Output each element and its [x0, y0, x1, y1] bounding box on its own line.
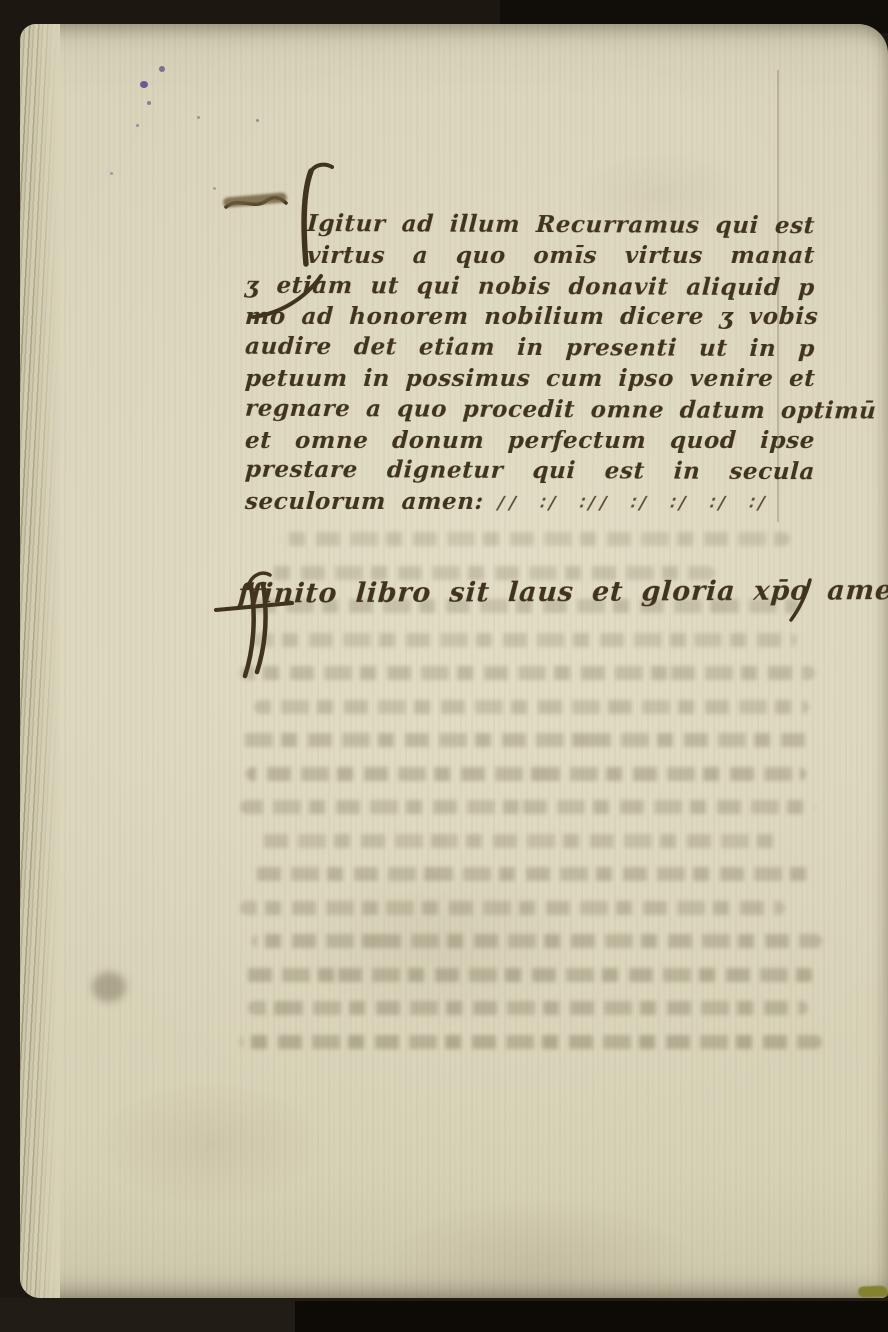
manuscript-page: Igitur ad illum Recurramus qui est virtu…	[20, 24, 888, 1298]
initial-I-hook	[311, 165, 332, 171]
text-line: et omne donum perfectum quod ipse	[244, 426, 816, 457]
text-line: virtus a quo omīs virtus manat	[244, 241, 816, 272]
text-line: seculorum amen:∕∕ ∶∕ ∶∕∕ ∶∕ ∶∕ ∶∕ ∶∕	[244, 487, 816, 518]
text-line: mo ad honorem nobilium dicere ʒ vobis	[244, 302, 816, 333]
ink-smudge	[223, 192, 288, 208]
book-leaf-edges	[20, 24, 60, 1298]
bleedthrough-line	[240, 1035, 822, 1049]
purple-ink-speck	[140, 81, 148, 88]
green-fleck	[858, 1285, 888, 1298]
purple-ink-speck	[110, 172, 113, 175]
bleedthrough-line	[240, 901, 785, 915]
bleedthrough-line	[240, 800, 815, 814]
pen-trial-strokes: ∕∕ ∶∕ ∶∕∕ ∶∕ ∶∕ ∶∕ ∶∕	[497, 493, 770, 514]
bleedthrough-line	[246, 767, 806, 781]
main-text-block: Igitur ad illum Recurramus qui est virtu…	[245, 210, 815, 518]
bleedthrough-line	[240, 733, 810, 747]
bleedthrough-line	[252, 934, 822, 948]
bleedthrough-line	[260, 834, 780, 848]
bleedthrough-line	[240, 968, 815, 982]
purple-ink-speck	[147, 101, 151, 105]
text-line: Igitur ad illum Recurramus qui est	[244, 209, 816, 242]
bleedthrough-line	[250, 867, 810, 881]
purple-ink-speck	[197, 116, 200, 119]
text-line: regnare a quo procedit omne datum optimū	[244, 394, 816, 427]
text-line: audire det etiam in presenti ut in p	[244, 332, 816, 365]
purple-ink-speck	[136, 124, 139, 127]
bleedthrough-text	[240, 532, 828, 1077]
background-mat-bottom-right	[295, 1301, 888, 1332]
bleedthrough-line	[254, 700, 809, 714]
purple-ink-speck	[159, 66, 165, 72]
purple-ink-speck	[213, 187, 216, 190]
text-line: petuum in possimus cum ipso venire et	[244, 364, 816, 395]
amen-text: seculorum amen:	[244, 488, 484, 515]
colophon-line: ffinito libro sit laus et gloria xp̄o am…	[237, 574, 831, 611]
ink-dot	[256, 119, 259, 122]
bleedthrough-line	[248, 1001, 808, 1015]
manuscript-photo: Igitur ad illum Recurramus qui est virtu…	[0, 0, 888, 1332]
text-line: prestare dignetur qui est in secula	[244, 455, 816, 488]
bleedthrough-line	[252, 633, 797, 647]
bleedthrough-line	[240, 666, 815, 680]
faint-stain	[92, 972, 126, 1002]
text-line: ʒ etiam ut qui nobis donavit aliquid p	[244, 270, 816, 303]
bleedthrough-line	[280, 532, 790, 546]
